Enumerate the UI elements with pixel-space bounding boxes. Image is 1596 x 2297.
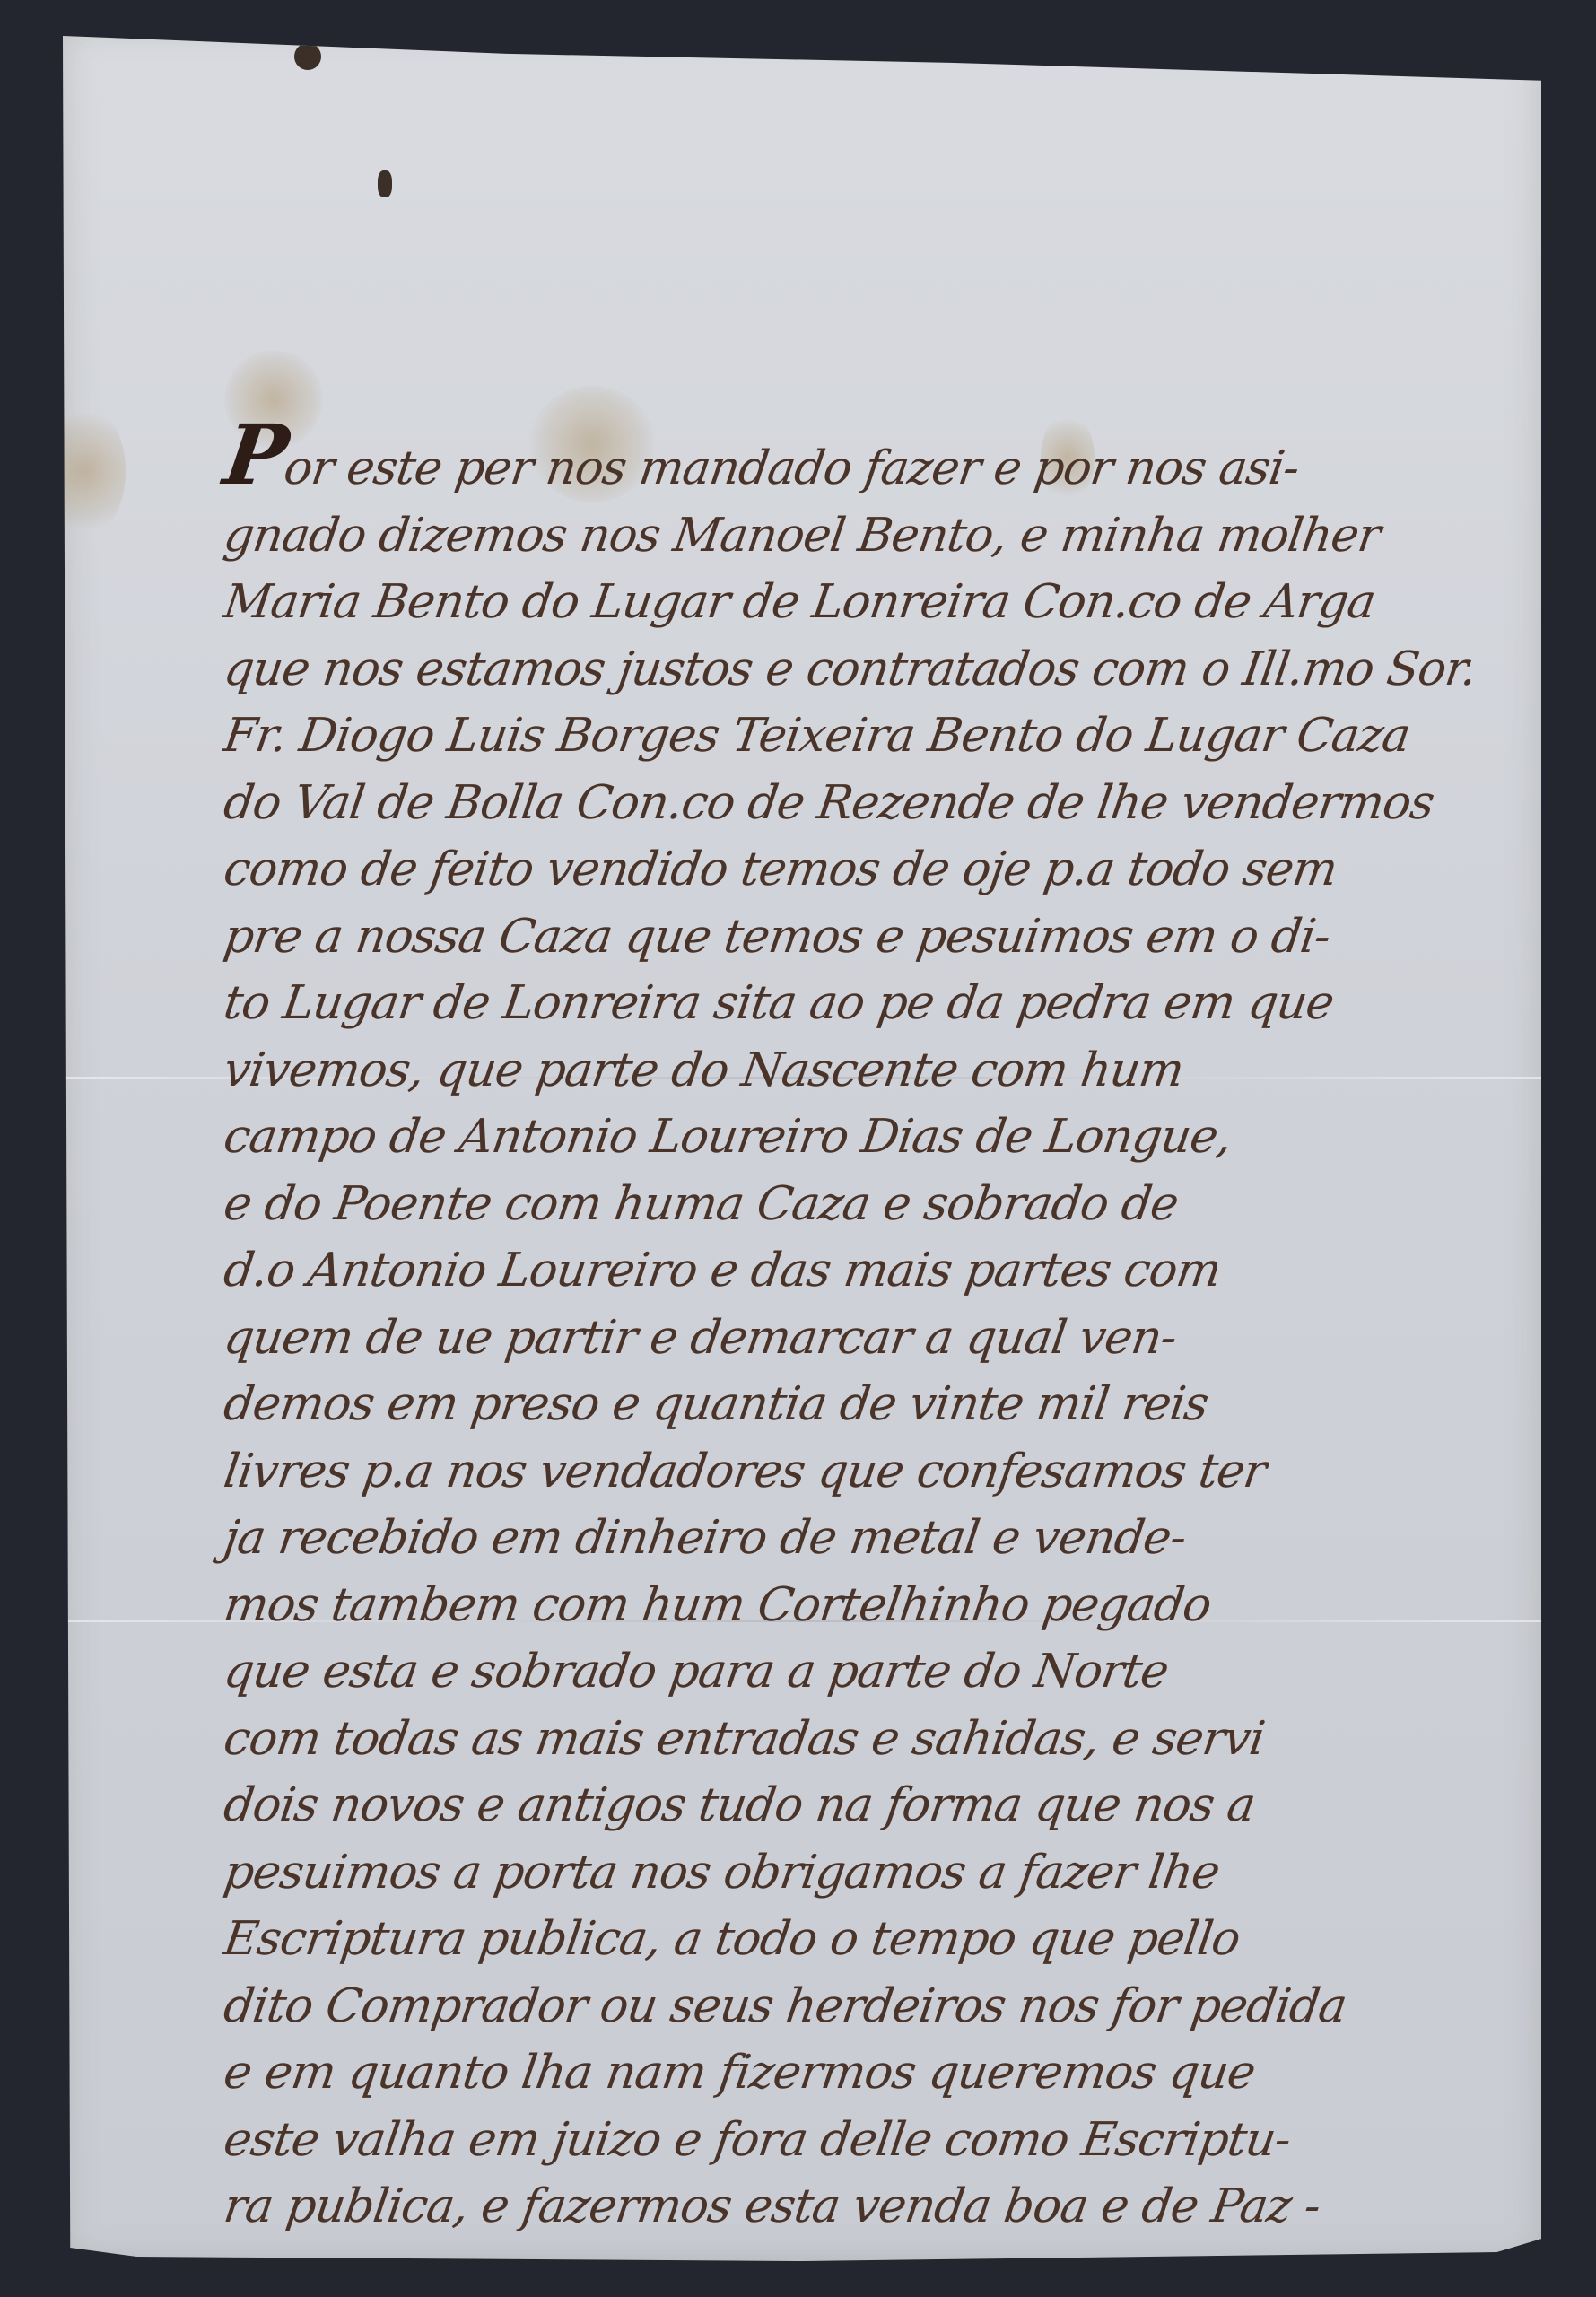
text-line: demos em preso e quantia de vinte mil re…	[220, 1371, 1485, 1438]
text-line: pesuimos a porta nos obrigamos a fazer l…	[220, 1839, 1485, 1907]
text-line: Fr. Diogo Luis Borges Teixeira Bento do …	[220, 703, 1485, 770]
text-line: mos tambem com hum Cortelhinho pegado	[220, 1572, 1485, 1639]
text-line: gnado dizemos nos Manoel Bento, e minha …	[220, 502, 1485, 570]
text-line: quem de ue partir e demarcar a qual ven-	[220, 1305, 1485, 1372]
text-line: ra publica, e fazermos esta venda boa e …	[220, 2173, 1485, 2240]
text-line: e do Poente com huma Caza e sobrado de	[220, 1171, 1485, 1238]
text-line: d.o Antonio Loureiro e das mais partes c…	[220, 1237, 1485, 1305]
water-stain	[45, 404, 126, 538]
text-line: este valha em juizo e fora delle como Es…	[220, 2107, 1485, 2174]
text-line: dito Comprador ou seus herdeiros nos for…	[220, 1973, 1485, 2040]
text-line: Escriptura publica, a todo o tempo que p…	[220, 1906, 1485, 1973]
text-line: do Val de Bolla Con.co de Rezende de lhe…	[220, 770, 1485, 837]
text-line: livres p.a nos vendadores que confesamos…	[220, 1438, 1485, 1506]
ink-spot	[378, 170, 392, 197]
text-line: Maria Bento do Lugar de Lonreira Con.co …	[220, 569, 1485, 636]
text-line: como de feito vendido temos de oje p.a t…	[220, 836, 1485, 904]
text-line: vivemos, que parte do Nascente com hum	[220, 1037, 1485, 1105]
text-line: com todas as mais entradas e sahidas, e …	[220, 1706, 1485, 1773]
text-line: e em quanto lha nam fizermos queremos qu…	[220, 2039, 1485, 2107]
text-line: dois novos e antigos tudo na forma que n…	[220, 1772, 1485, 1839]
text-line: campo de Antonio Loureiro Dias de Longue…	[220, 1104, 1485, 1171]
text-line: to Lugar de Lonreira sita ao pe da pedra…	[220, 970, 1485, 1037]
text-line: Por este per nos mandado fazer e por nos…	[219, 422, 1487, 502]
ink-spot	[294, 43, 321, 70]
manuscript-page: Por este per nos mandado fazer e por nos…	[63, 27, 1541, 2261]
manuscript-text: Por este per nos mandado fazer e por nos…	[224, 422, 1480, 2240]
text-line: ja recebido em dinheiro de metal e vende…	[220, 1505, 1485, 1572]
text-line: pre a nossa Caza que temos e pesuimos em…	[220, 904, 1485, 971]
text-line: que nos estamos justos e contratados com…	[220, 636, 1485, 703]
text-line: que esta e sobrado para a parte do Norte	[220, 1638, 1485, 1706]
